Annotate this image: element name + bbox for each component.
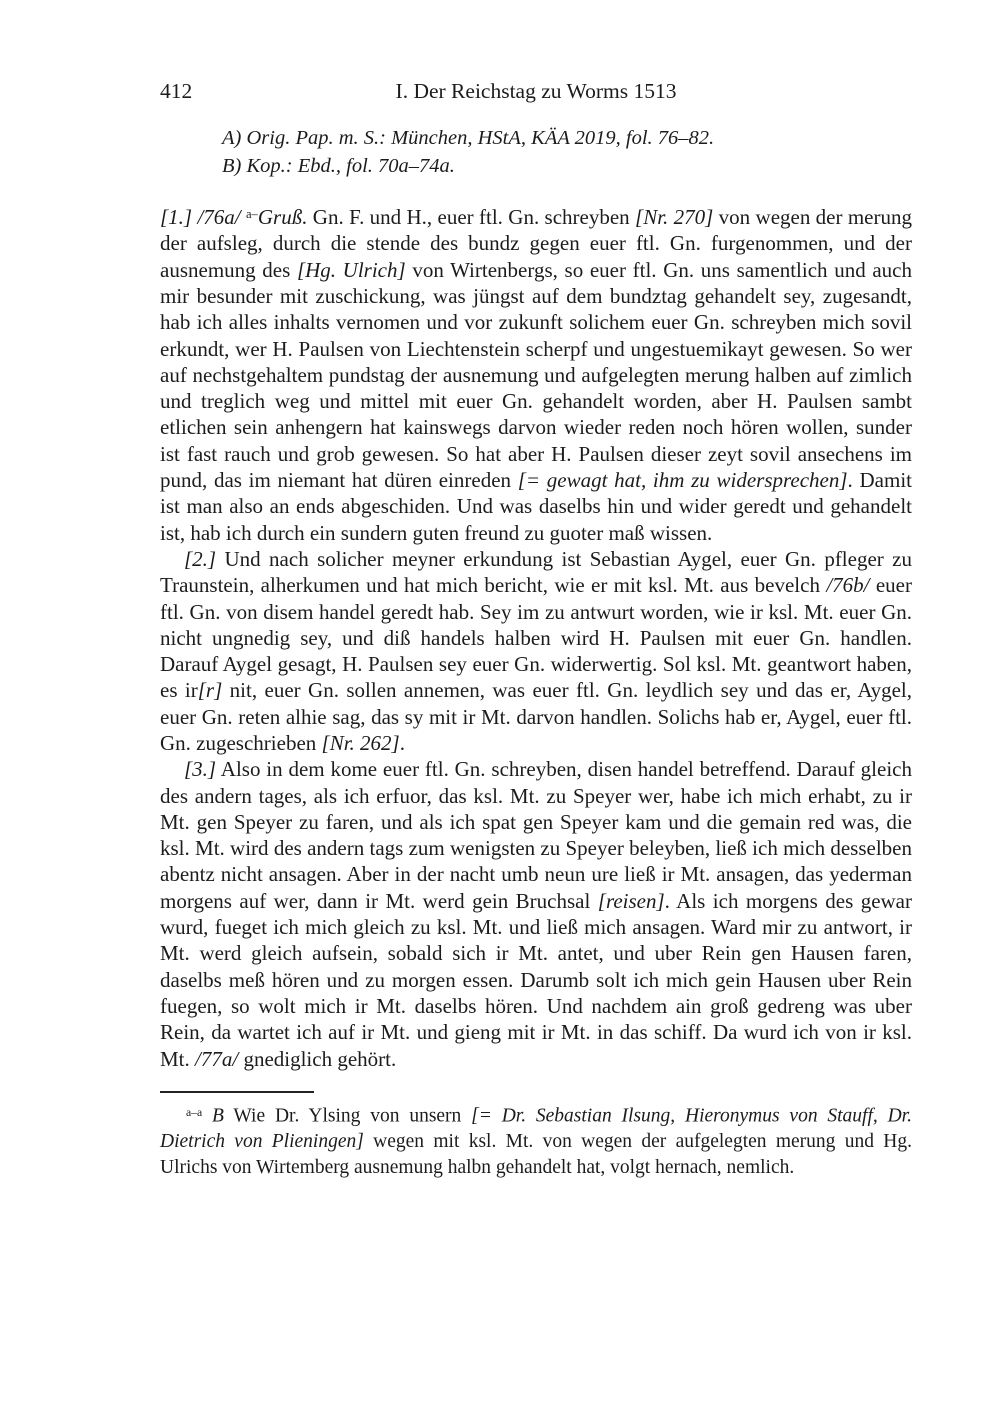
text-run: [= gewagt hat, ihm zu widersprechen] bbox=[518, 468, 848, 492]
text-run: gnediglich gehört. bbox=[238, 1047, 396, 1071]
paragraph-1: [1.] /76a/ a–Gruß. Gn. F. und H., euer f… bbox=[160, 201, 912, 546]
text-run: nit, euer Gn. sollen annemen, was euer f… bbox=[160, 678, 912, 755]
text-run: B bbox=[202, 1105, 224, 1126]
source-line-b: B) Kop.: Ebd., fol. 70a–74a. bbox=[222, 152, 912, 180]
source-note: A) Orig. Pap. m. S.: München, HStA, KÄA … bbox=[160, 124, 912, 180]
text-run: Wie Dr. Ylsing von unsern bbox=[224, 1105, 471, 1126]
text-run: [Nr. 262] bbox=[322, 731, 400, 755]
text-run: a–a bbox=[186, 1106, 202, 1119]
text-run: [Hg. Ulrich] bbox=[297, 258, 406, 282]
running-title: I. Der Reichstag zu Worms 1513 bbox=[160, 78, 912, 104]
text-run: Gruß. bbox=[258, 205, 308, 229]
text-run: [1.] /76a/ bbox=[160, 205, 246, 229]
book-page: 412 I. Der Reichstag zu Worms 1513 A) Or… bbox=[0, 0, 1004, 1418]
text-run: [Nr. 270] bbox=[635, 205, 713, 229]
text-run: von Wirtenbergs, so euer ftl. Gn. uns sa… bbox=[160, 258, 912, 492]
page-header: 412 I. Der Reichstag zu Worms 1513 bbox=[160, 78, 912, 106]
text-run: Gn. F. und H., euer ftl. Gn. schreyben bbox=[307, 205, 635, 229]
paragraph-3: [3.] Also in dem kome euer ftl. Gn. schr… bbox=[160, 756, 912, 1072]
footnote-separator bbox=[160, 1091, 314, 1093]
document-body: [1.] /76a/ a–Gruß. Gn. F. und H., euer f… bbox=[160, 201, 912, 1072]
text-run: [r] bbox=[198, 678, 223, 702]
text-run: . Als ich morgens des gewar wurd, fueget… bbox=[160, 889, 912, 1071]
page-number: 412 bbox=[160, 78, 192, 104]
text-run: [3.] bbox=[184, 757, 216, 781]
footnote: a–a B Wie Dr. Ylsing von unsern [= Dr. S… bbox=[160, 1100, 912, 1182]
text-run: [reisen] bbox=[598, 889, 665, 913]
text-run: [2.] bbox=[184, 547, 216, 571]
text-run: /77a/ bbox=[195, 1047, 238, 1071]
text-column: 412 I. Der Reichstag zu Worms 1513 A) Or… bbox=[160, 78, 912, 1181]
text-run: Und nach solicher meyner erkundung ist S… bbox=[160, 547, 912, 597]
paragraph-2: [2.] Und nach solicher meyner erkundung … bbox=[160, 546, 912, 756]
text-run: . bbox=[400, 731, 405, 755]
text-run: a– bbox=[246, 207, 258, 221]
footnote-text: a–a B Wie Dr. Ylsing von unsern [= Dr. S… bbox=[160, 1100, 912, 1182]
text-run: /76b/ bbox=[826, 573, 869, 597]
source-line-a: A) Orig. Pap. m. S.: München, HStA, KÄA … bbox=[222, 124, 912, 152]
